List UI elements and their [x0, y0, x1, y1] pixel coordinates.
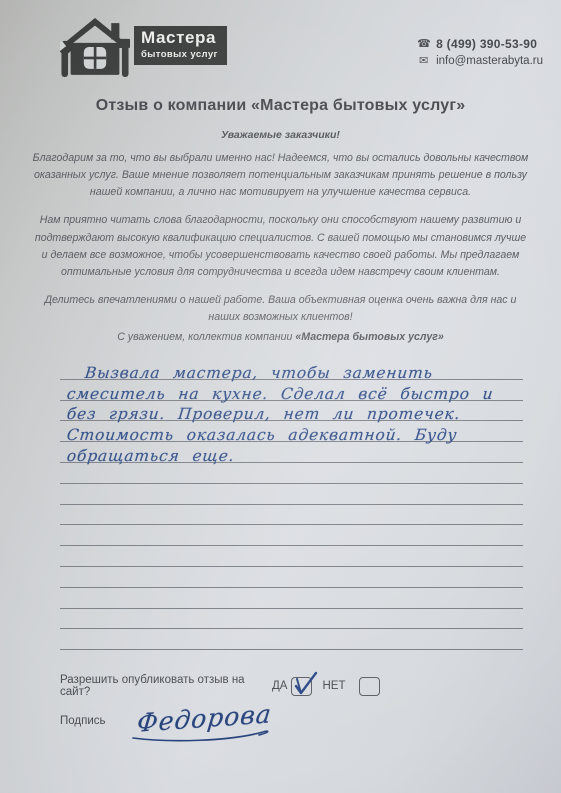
intro-paragraph: Благодарим за то, что вы выбрали именно … [32, 150, 529, 201]
signature: Федорова [137, 704, 272, 738]
check-mark-icon [290, 670, 320, 698]
ruled-line: без грязи. Проверил, нет ли протечек. [60, 401, 523, 422]
intro-paragraphs: Благодарим за то, что вы выбрали именно … [32, 150, 529, 337]
ruled-line [60, 505, 523, 526]
ruled-line: Стоимость оказалась адекватной. Буду [60, 421, 523, 442]
header: Мастера бытовых услуг ☎ 8 (499) 390-53-9… [60, 16, 543, 79]
contact-block: ☎ 8 (499) 390-53-90 ✉ info@masterabyta.r… [417, 36, 543, 79]
signoff-company-name: «Мастера бытовых услуг» [295, 331, 443, 343]
signoff-prefix: С уважением, коллектив компании [117, 331, 295, 343]
ruled-line: обращаться еще. [60, 442, 523, 463]
ruled-line [60, 525, 523, 546]
ruled-line [60, 463, 523, 484]
phone-number: 8 (499) 390-53-90 [436, 36, 537, 53]
ruled-line: Вызвала мастера, чтобы заменить [60, 359, 523, 380]
company-logo: Мастера бытовых услуг [60, 16, 227, 79]
ruled-line [60, 567, 523, 588]
consent-question: Разрешить опубликовать отзыв на сайт? [60, 674, 272, 698]
consent-no-label: НЕТ [322, 680, 345, 692]
signature-label: Подпись [60, 715, 115, 727]
email-row: ✉ info@masterabyta.ru [417, 53, 543, 70]
logo-company-subname: бытовых услуг [141, 49, 218, 60]
signature-row: Подпись Федорова [60, 704, 272, 738]
intro-paragraph: Делитесь впечатлениями о нашей работе. В… [32, 292, 529, 326]
page-title: Отзыв о компании «Мастера бытовых услуг» [0, 97, 561, 115]
ruled-line [60, 629, 523, 650]
phone-icon: ☎ [417, 37, 430, 53]
consent-yes-label: ДА [272, 680, 287, 692]
logo-company-name: Мастера [141, 29, 218, 48]
document-photo: Мастера бытовых услуг ☎ 8 (499) 390-53-9… [0, 0, 561, 793]
consent-no-checkbox [359, 677, 380, 696]
ruled-line [60, 609, 523, 630]
logo-text-block: Мастера бытовых услуг [134, 26, 227, 65]
consent-yes-checkbox [291, 677, 312, 696]
phone-row: ☎ 8 (499) 390-53-90 [417, 36, 543, 53]
ruled-line: смеситель на кухне. Сделал всё быстро и [60, 380, 523, 401]
greeting-line: Уважаемые заказчики! [0, 129, 561, 141]
ruled-line [60, 588, 523, 609]
signoff-line: С уважением, коллектив компании «Мастера… [0, 331, 561, 343]
envelope-icon: ✉ [417, 54, 430, 70]
house-tools-icon [60, 16, 130, 79]
signature-flourish [131, 726, 281, 742]
email-address: info@masterabyta.ru [436, 53, 543, 70]
review-writing-area: Вызвала мастера, чтобы заменить смесител… [60, 359, 523, 650]
ruled-line [60, 546, 523, 567]
intro-paragraph: Нам приятно читать слова благодарности, … [32, 212, 529, 281]
ruled-line [60, 484, 523, 505]
publish-consent-row: Разрешить опубликовать отзыв на сайт? ДА… [60, 674, 380, 698]
